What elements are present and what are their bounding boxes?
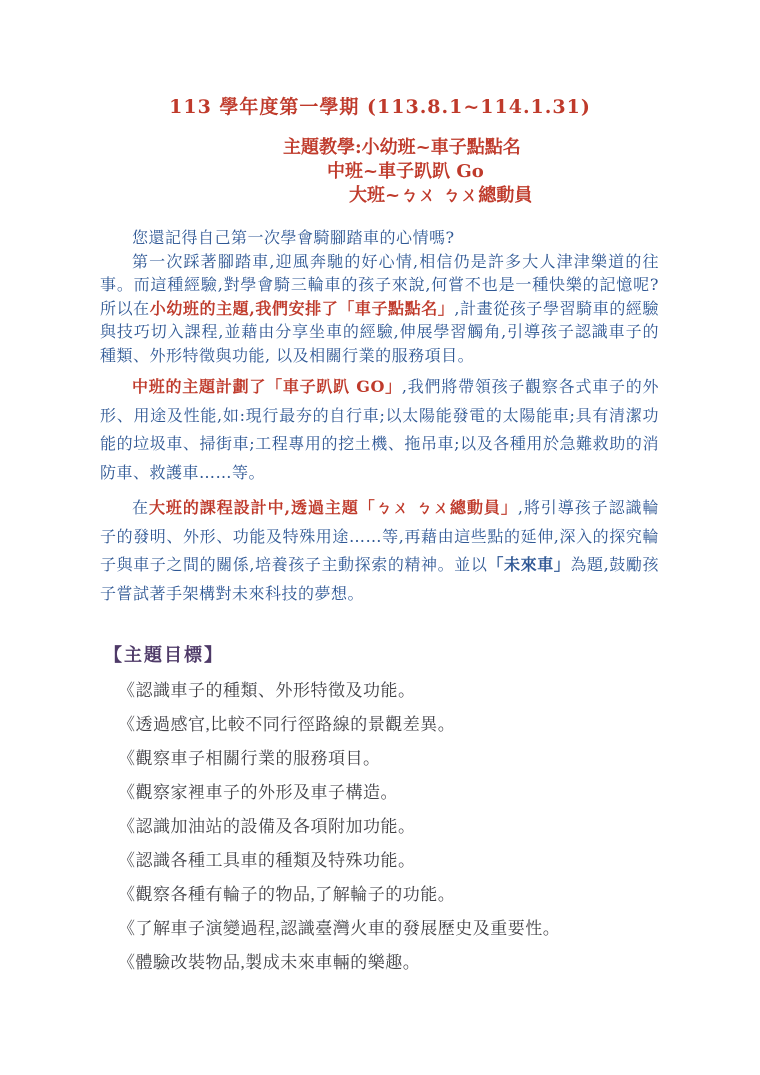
paragraph-3: 中班的主題計劃了「車子趴趴 GO」,我們將帶領孩子觀察各式車子的外形、用途及性能… [100, 373, 659, 487]
goal-item-6: 《認識各種工具車的種類及特殊功能。 [118, 849, 659, 872]
subtitle-line-junior-class: 主題教學:小幼班~車子點點名 [283, 136, 760, 160]
document-body: 您還記得自己第一次學會騎腳踏車的心情嗎?第一次踩著腳踏車,迎風奔馳的好心情,相信… [100, 226, 659, 985]
goal-item-1: 《認識車子的種類、外形特徵及功能。 [118, 679, 659, 702]
intro-paragraphs: 您還記得自己第一次學會騎腳踏車的心情嗎?第一次踩著腳踏車,迎風奔馳的好心情,相信… [100, 226, 659, 608]
subtitle-line-senior-class: 大班~ㄅㄨ ㄅㄨ總動員 [349, 184, 760, 208]
goal-item-2: 《透過感官,比較不同行徑路線的景觀差異。 [118, 713, 659, 736]
goals-section-heading: 【主題目標】 [104, 644, 659, 668]
goal-item-8: 《了解車子演變過程,認識臺灣火車的發展歷史及重要性。 [118, 917, 659, 940]
subtitle-line-middle-class: 中班~車子趴趴 Go [327, 160, 760, 184]
paragraph-1: 您還記得自己第一次學會騎腳踏車的心情嗎? [100, 226, 659, 250]
text-segment-blue: 在 [132, 498, 149, 517]
document-title: 113 學年度第一學期 (113.8.1~114.1.31) [0, 92, 760, 119]
text-segment-red: 小幼班的主題,我們安排了「車子點點名」 [150, 299, 455, 318]
goal-item-3: 《觀察車子相關行業的服務項目。 [118, 747, 659, 770]
text-segment-blue: 您還記得自己第一次學會騎腳踏車的心情嗎? [132, 228, 455, 247]
goal-item-4: 《觀察家裡車子的外形及車子構造。 [118, 781, 659, 804]
paragraph-4: 在大班的課程設計中,透過主題「ㄅㄨ ㄅㄨ總動員」,將引導孩子認識輪子的發明、外形… [100, 494, 659, 608]
goal-item-7: 《觀察各種有輪子的物品,了解輪子的功能。 [118, 883, 659, 906]
document-page: 113 學年度第一學期 (113.8.1~114.1.31) 主題教學:小幼班~… [0, 0, 760, 1075]
text-segment-blue-bold: 「未來車」 [487, 555, 570, 574]
paragraph-2: 第一次踩著腳踏車,迎風奔馳的好心情,相信仍是許多大人津津樂道的往事。而這種經驗,… [100, 250, 659, 368]
goal-item-9: 《體驗改裝物品,製成未來車輛的樂趣。 [118, 951, 659, 974]
text-segment-red: 大班的課程設計中,透過主題「ㄅㄨ ㄅㄨ總動員」 [149, 498, 518, 517]
theme-subtitle-block: 主題教學:小幼班~車子點點名 中班~車子趴趴 Go 大班~ㄅㄨ ㄅㄨ總動員 [0, 136, 760, 208]
text-segment-red: 中班的主題計劃了「車子趴趴 GO」 [132, 377, 402, 396]
goals-list: 《認識車子的種類、外形特徵及功能。《透過感官,比較不同行徑路線的景觀差異。《觀察… [100, 679, 659, 974]
goal-item-5: 《認識加油站的設備及各項附加功能。 [118, 815, 659, 838]
